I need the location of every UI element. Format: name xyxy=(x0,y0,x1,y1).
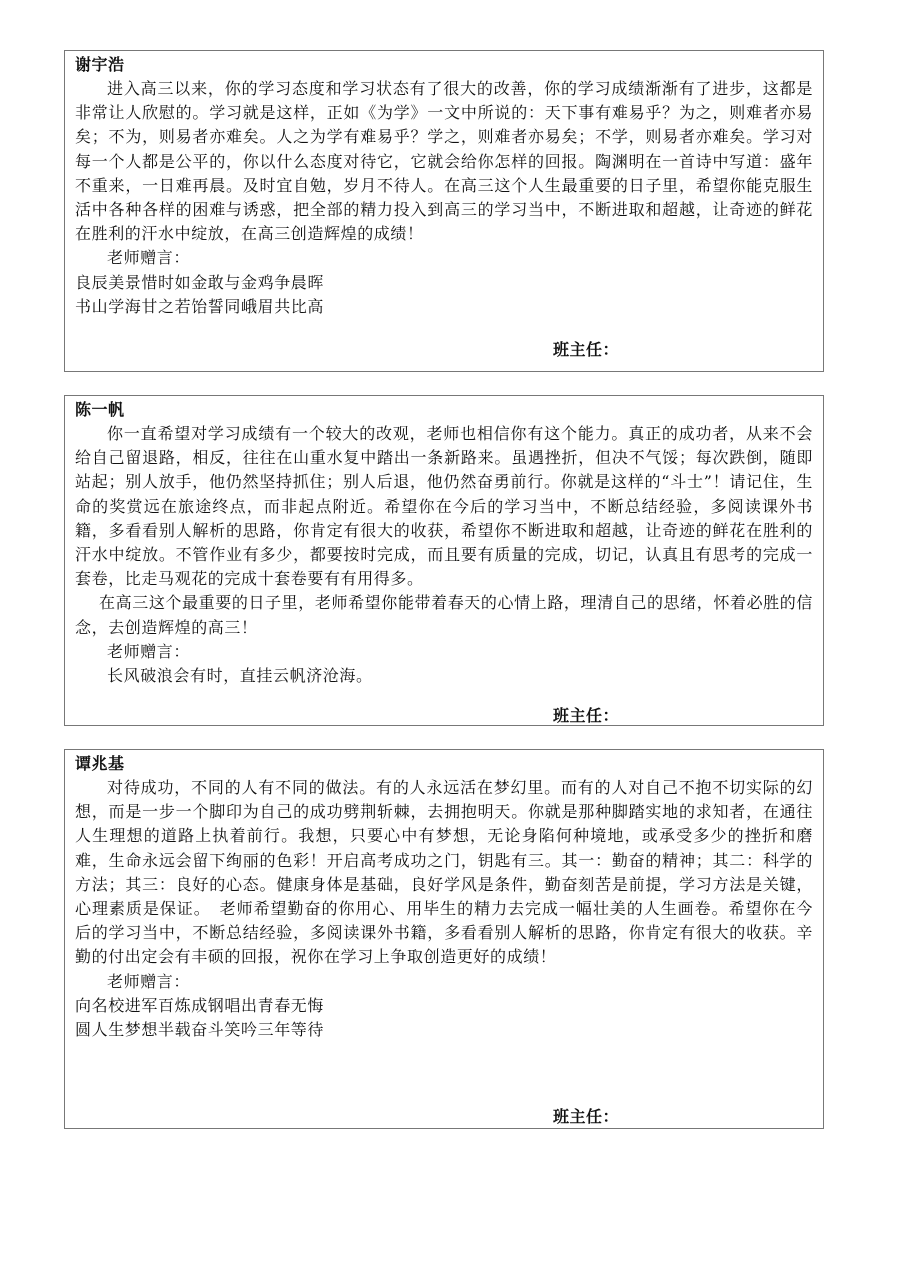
comment-card-2: 陈一帆 你一直希望对学习成绩有一个较大的改观，老师也相信你有这个能力。真正的成功… xyxy=(64,395,824,726)
comment-paragraph: 你一直希望对学习成绩有一个较大的改观，老师也相信你有这个能力。真正的成功者，从来… xyxy=(75,422,813,591)
comment-paragraph: 进入高三以来，你的学习态度和学习状态有了很大的改善，你的学习成绩渐渐有了进步，这… xyxy=(75,77,813,246)
student-name: 谭兆基 xyxy=(75,752,813,776)
comment-card-1: 谢宇浩 进入高三以来，你的学习态度和学习状态有了很大的改善，你的学习成绩渐渐有了… xyxy=(64,50,824,372)
gift-line: 向名校进军百炼成钢唱出青春无悔 xyxy=(75,994,813,1018)
gift-label: 老师赠言： xyxy=(75,246,813,270)
gift-label: 老师赠言： xyxy=(75,970,813,994)
comment-card-3: 谭兆基 对待成功，不同的人有不同的做法。有的人永远活在梦幻里。而有的人对自己不抱… xyxy=(64,749,824,1129)
student-name: 陈一帆 xyxy=(75,398,813,422)
gift-line: 圆人生梦想半载奋斗笑吟三年等待 xyxy=(75,1018,813,1042)
gift-line: 良辰美景惜时如金敢与金鸡争晨晖 xyxy=(75,271,813,295)
gift-line: 书山学海甘之若饴誓同峨眉共比高 xyxy=(75,295,813,319)
signature-label: 班主任： xyxy=(553,1104,619,1127)
signature-label: 班主任： xyxy=(553,703,619,726)
signature-label: 班主任： xyxy=(553,337,619,360)
student-name: 谢宇浩 xyxy=(75,53,813,77)
gift-label: 老师赠言： xyxy=(75,640,813,664)
comment-paragraph: 在高三这个最重要的日子里，老师希望你能带着春天的心情上路，理清自己的思绪，怀着必… xyxy=(75,591,813,639)
gift-line: 长风破浪会有时，直挂云帆济沧海。 xyxy=(75,664,813,688)
comment-paragraph: 对待成功，不同的人有不同的做法。有的人永远活在梦幻里。而有的人对自己不抱不切实际… xyxy=(75,776,813,970)
